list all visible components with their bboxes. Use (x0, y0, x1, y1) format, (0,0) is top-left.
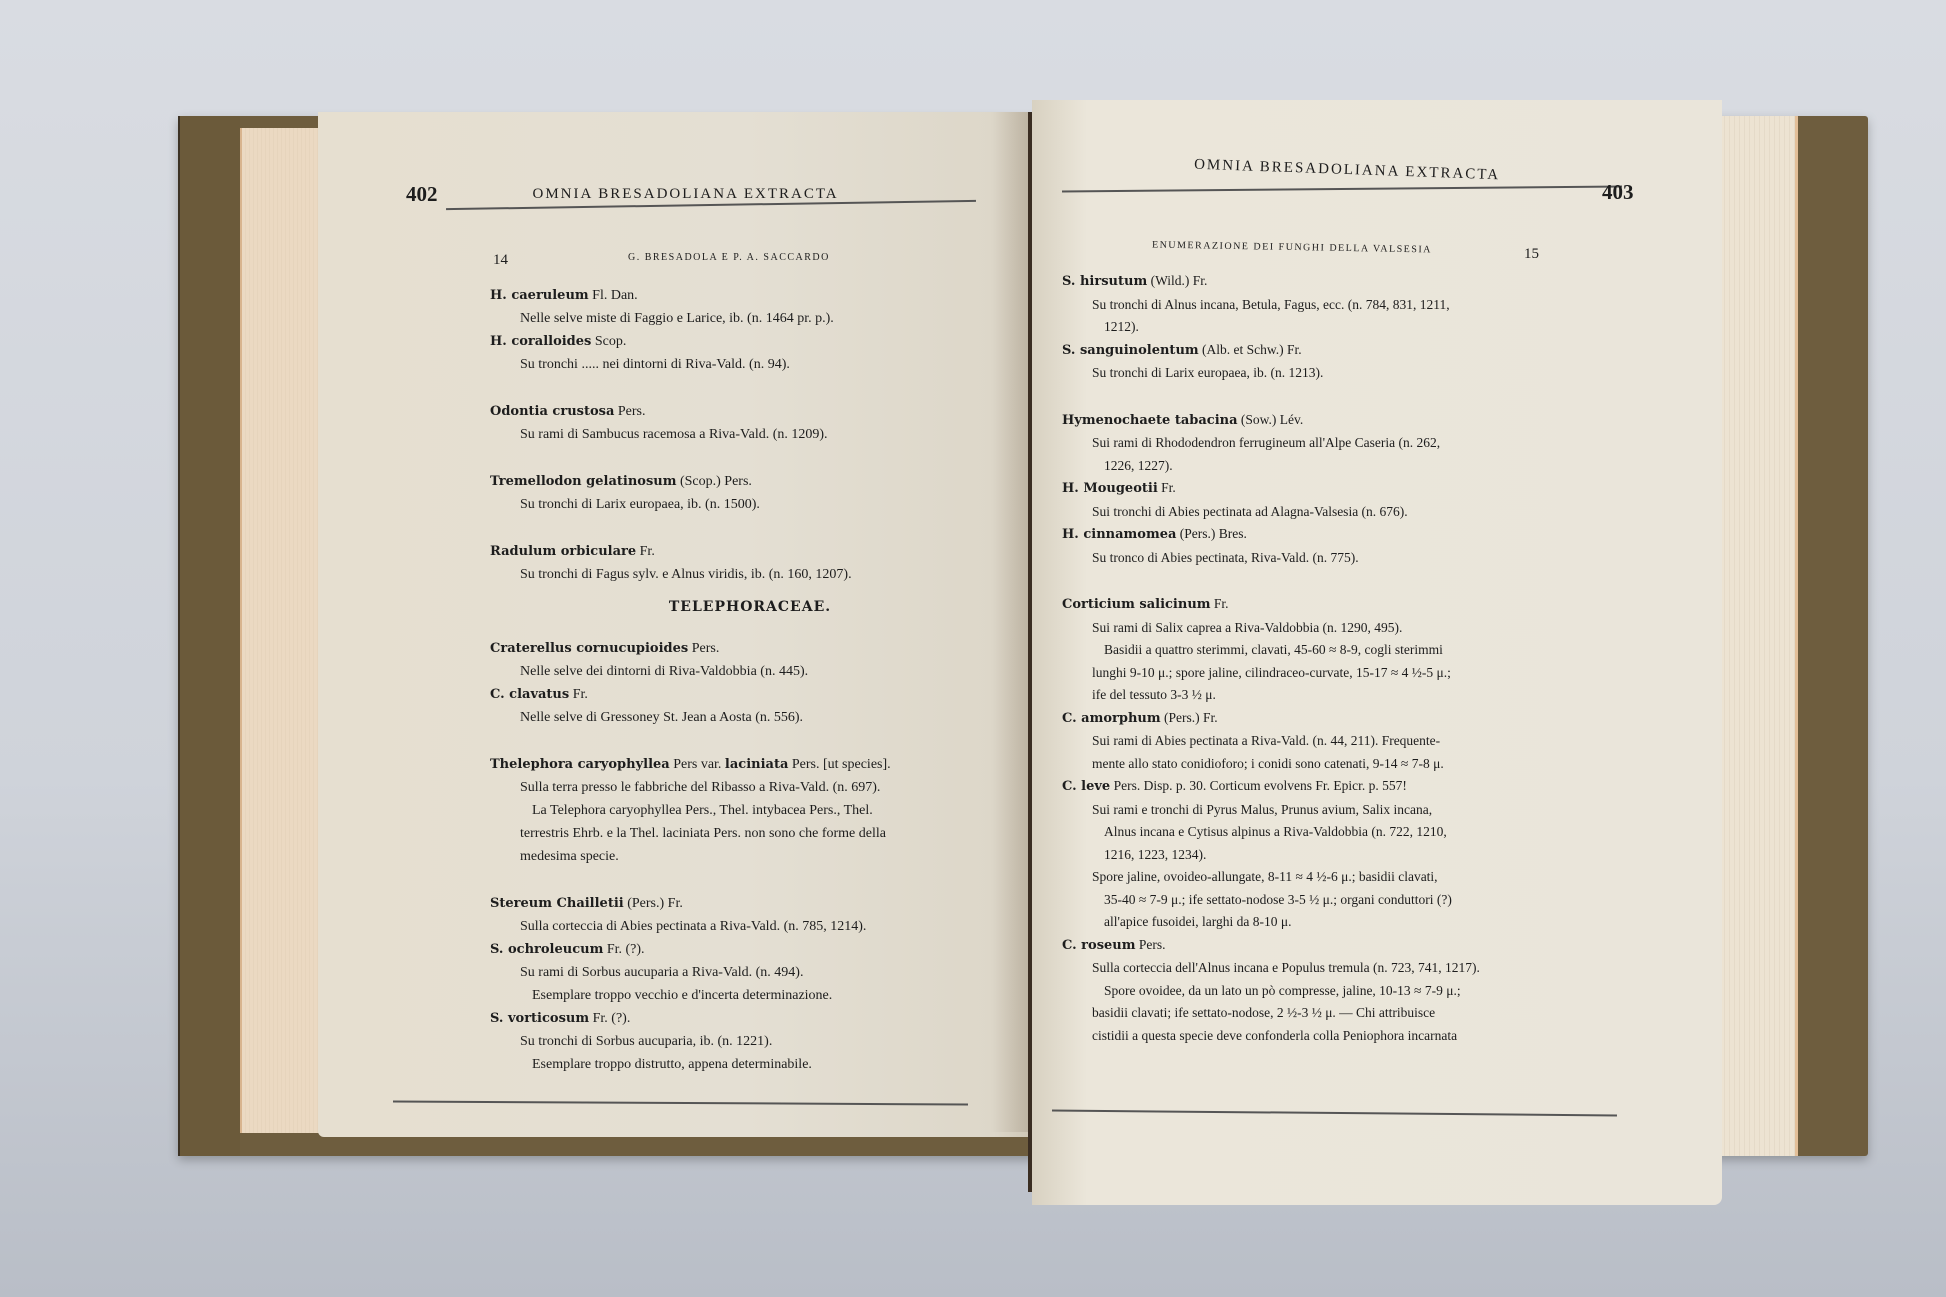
entry: H. caeruleum Fl. Dan. (490, 284, 1010, 307)
left-entries: H. caeruleum Fl. Dan. Nelle selve miste … (490, 284, 1010, 1076)
entry: C. leve Pers. Disp. p. 30. Corticum evol… (1062, 775, 1622, 799)
right-page: OMNIA BRESADOLIANA EXTRACTA 403 ENUMERAZ… (1032, 100, 1722, 1205)
left-page: 402 OMNIA BRESADOLIANA EXTRACTA 14 G. BR… (318, 112, 1030, 1137)
inner-running-head: ENUMERAZIONE DEI FUNGHI DELLA VALSESIA (1152, 240, 1432, 256)
running-title: OMNIA BRESADOLIANA EXTRACTA (533, 186, 839, 203)
running-title: OMNIA BRESADOLIANA EXTRACTA (1194, 157, 1501, 185)
inner-running-head: G. BRESADOLA E P. A. SACCARDO (628, 252, 830, 263)
footer-rule (393, 1100, 968, 1105)
entry: H. Mougeotii Fr. (1062, 477, 1622, 501)
entry: S. sanguinolentum (Alb. et Schw.) Fr. (1062, 339, 1622, 363)
gutter-shadow (990, 112, 1030, 1132)
entry: Craterellus cornucupioides Pers. (490, 637, 1010, 660)
entry: Tremellodon gelatinosum (Scop.) Pers. (490, 470, 1010, 493)
right-entries: S. hirsutum (Wild.) Fr. Su tronchi di Al… (1062, 270, 1622, 1047)
section-title: TELEPHORACEAE. (490, 596, 1010, 619)
entry: S. vorticosum Fr. (?). (490, 1007, 1010, 1030)
book-cover-left-board (178, 116, 240, 1156)
page-stack-left (240, 128, 322, 1133)
inner-page-number: 15 (1524, 246, 1539, 263)
entry: Stereum Chailletii (Pers.) Fr. (490, 892, 1010, 915)
entry: C. roseum Pers. (1062, 934, 1622, 958)
entry: Thelephora caryophyllea Pers var. lacini… (490, 753, 1010, 776)
entry: Radulum orbiculare Fr. (490, 540, 1010, 563)
page-number: 402 (406, 182, 438, 207)
inner-page-number: 14 (493, 252, 508, 269)
entry: S. hirsutum (Wild.) Fr. (1062, 270, 1622, 294)
entry: C. clavatus Fr. (490, 683, 1010, 706)
entry: Odontia crustosa Pers. (490, 400, 1010, 423)
entry: H. cinnamomea (Pers.) Bres. (1062, 523, 1622, 547)
entry: S. ochroleucum Fr. (?). (490, 938, 1010, 961)
entry: Hymenochaete tabacina (Sow.) Lév. (1062, 409, 1622, 433)
entry: Corticium salicinum Fr. (1062, 593, 1622, 617)
footer-rule (1052, 1110, 1617, 1116)
page-number: 403 (1602, 180, 1634, 205)
entry: C. amorphum (Pers.) Fr. (1062, 707, 1622, 731)
header-rule (1062, 186, 1622, 192)
entry: H. coralloides Scop. (490, 330, 1010, 353)
